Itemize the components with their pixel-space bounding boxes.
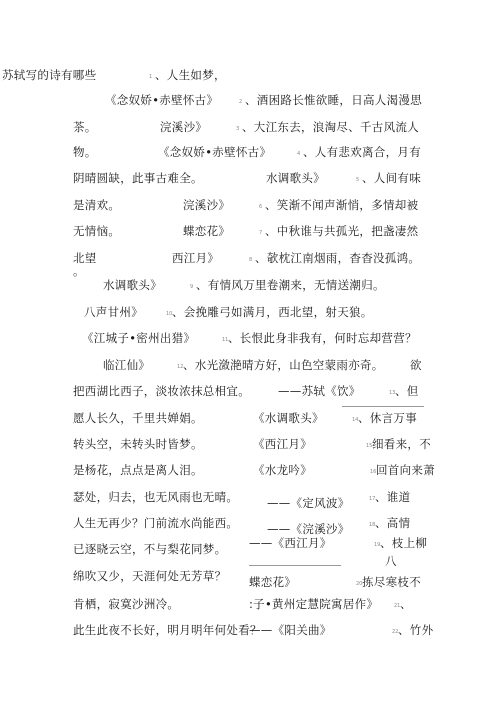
text-line: 蝶恋花》 (249, 575, 296, 589)
text-line: 北望 (73, 251, 97, 265)
text-line: 茶。 (73, 120, 97, 134)
document-title: 苏轼写的诗有哪些 (2, 68, 96, 82)
text-line: ——《定风波》 (267, 496, 350, 510)
text-line: 、中秋谁与共孤光，把盏凄然 (265, 224, 418, 238)
footnote-marker: 7 (259, 229, 262, 237)
document-page: 苏轼写的诗有哪些1、人生如梦，《念奴娇•赤壁怀古》2、酒困路长惟欲睡，日高人渴漫… (0, 0, 500, 708)
footnote-marker: 4 (297, 150, 300, 158)
footnote-marker: 1 (149, 73, 152, 81)
text-line: 、笑渐不闻声渐悄，多情却被 (265, 198, 418, 212)
text-line: 、会挽雕弓如满月，西北望，射天狼。 (172, 305, 373, 319)
text-line: 已逐晓云空，不与梨花同梦。 (73, 542, 226, 556)
divider-line (342, 406, 424, 407)
text-line: :子•黄州定慧院寓居作》 (249, 597, 378, 611)
text-line: 、枝上柳 (380, 536, 427, 550)
divider-line (249, 565, 341, 566)
text-line: 瑟处，归去，也无风雨也无晴。 (73, 490, 238, 504)
text-line: 《西江月》 (253, 437, 312, 451)
text-line: 《念奴娇•赤壁怀古》 (105, 93, 218, 107)
footnote-marker: 8 (249, 256, 252, 264)
text-line: 是清欢。 (73, 198, 120, 212)
text-line: 、水光潋滟晴方好，山色空蒙雨亦奇。 (183, 358, 384, 372)
text-line: 物。 (73, 145, 97, 159)
text-line: 《念奴娇•赤壁怀古》 (158, 145, 271, 159)
text-line: 《水龙吟》 (253, 463, 312, 477)
text-line: 转头空，未转头时皆梦。 (73, 437, 203, 451)
text-line: 临江仙》 (103, 358, 150, 372)
footnote-marker: 5 (356, 176, 359, 184)
text-line: 、酒困路长惟欲睡，日高人渴漫思 (245, 93, 422, 107)
footnote-marker: 9 (190, 283, 193, 291)
text-line: 《水调歌头》 (253, 411, 324, 425)
text-line: ——《浣溪沙》 (267, 522, 350, 536)
text-line: 、 (400, 597, 412, 611)
text-line: 水调歌头》 (103, 278, 162, 292)
text-line: ——《西江月》 (249, 536, 332, 550)
text-line: 欲 (410, 358, 422, 372)
text-line: 、竹外 (398, 623, 433, 637)
footnote-marker: 6 (259, 203, 262, 211)
text-line: 浣溪沙》 (183, 198, 230, 212)
text-line: 、人有悲欢离合，月有 (303, 145, 421, 159)
text-line: 八声甘州》 (84, 305, 143, 319)
text-line: 西江月》 (172, 251, 219, 265)
text-line: 肯栖，寂寞沙洲冷。 (73, 597, 179, 611)
text-line: 《江城子•密州出猎》 (82, 331, 195, 345)
text-line: 无情恼。 (73, 224, 120, 238)
text-line: 、人间有味 (362, 171, 421, 185)
text-line: 、高情 (375, 516, 410, 530)
text-line: 、休言万事 (358, 411, 417, 425)
text-line: 、大江东去，浪淘尽、千古风流人 (242, 120, 419, 134)
text-line: 、欹枕江南烟雨，杳杳没孤鸿。 (255, 251, 420, 265)
text-line: 、有情风万里卷潮来，无情送潮归。 (196, 278, 385, 292)
text-line: ——苏轼《饮》 (278, 384, 361, 398)
footnote-marker: 2 (239, 98, 242, 106)
partial-glyph: 八 (385, 554, 397, 568)
text-line: 拣尽寒枝不 (362, 575, 421, 589)
text-line: 浣溪沙》 (160, 120, 207, 134)
text-line: 绵吹又少，天涯何处无芳草？ (73, 569, 226, 583)
text-line: 、但 (395, 384, 419, 398)
text-line: 蝶恋花》 (183, 224, 230, 238)
text-line: 是杨花，点点是离人泪。 (73, 463, 203, 477)
text-line: 、人生如梦， (155, 68, 226, 82)
text-line: 水调歌头》 (266, 171, 325, 185)
text-line: 人生无再少？门前流水尚能西。 (73, 516, 238, 530)
text-line: 细看来，不 (372, 437, 431, 451)
text-line: 此生此夜不长好，明月明年何处看？ (73, 623, 262, 637)
text-line: 、长恨此身非我有，何时忘却营营？ (228, 331, 417, 345)
text-line: 回首向来萧 (376, 463, 435, 477)
text-line: 把西湖比西子，淡妆浓抹总相宜。 (73, 384, 250, 398)
footnote-marker: 3 (236, 125, 239, 133)
text-line: 、谁道 (375, 490, 410, 504)
text-line: 。 (73, 264, 85, 278)
text-line: ——《阳关曲》 (249, 623, 332, 637)
text-line: 阴晴圆缺，此事古难全。 (73, 171, 203, 185)
text-line: 愿人长久，千里共婵娟。 (73, 411, 203, 425)
